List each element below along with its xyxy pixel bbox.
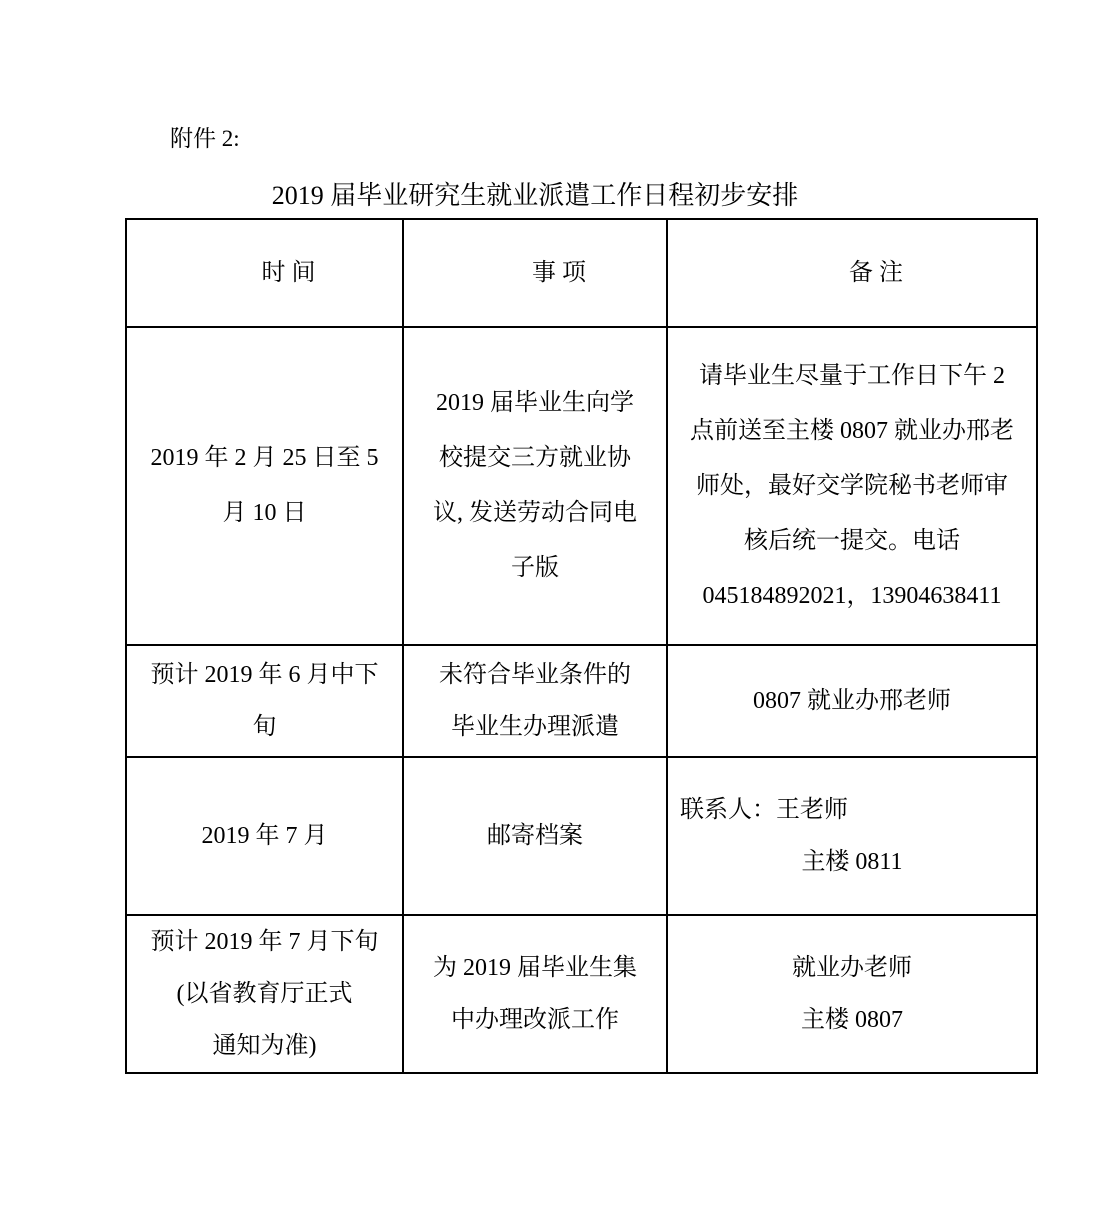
table-row: 2019 年 2 月 25 日至 5 月 10 日 2019 届毕业生向学 校提… bbox=[126, 327, 1037, 645]
cell-row2-note: 0807 就业办邢老师 bbox=[667, 645, 1037, 757]
cell-row4-time: 预计 2019 年 7 月下旬 (以省教育厅正式 通知为准) bbox=[126, 915, 403, 1073]
cell-row2-time: 预计 2019 年 6 月中下 旬 bbox=[126, 645, 403, 757]
contact-location-line: 主楼 0811 bbox=[668, 836, 1036, 888]
document-title: 2019 届毕业研究生就业派遣工作日程初步安排 bbox=[0, 179, 1070, 213]
table-row: 2019 年 7 月 邮寄档案 联系人：王老师 主楼 0811 bbox=[126, 757, 1037, 915]
cell-text: 预计 2019 年 7 月下旬 (以省教育厅正式 通知为准) bbox=[127, 916, 402, 1072]
contact-person-line: 联系人：王老师 bbox=[668, 784, 1036, 836]
schedule-table: 时 间 事 项 备 注 2019 年 2 月 25 日至 5 月 10 日 20… bbox=[125, 218, 1038, 1074]
column-header-time-label: 时 间 bbox=[262, 260, 316, 286]
cell-text: 就业办老师 主楼 0807 bbox=[668, 942, 1036, 1046]
attachment-label: 附件 2: bbox=[170, 124, 240, 154]
cell-text: 2019 年 7 月 bbox=[127, 810, 402, 862]
table-header-row: 时 间 事 项 备 注 bbox=[126, 219, 1037, 327]
column-header-note: 备 注 bbox=[667, 219, 1037, 327]
cell-text: 未符合毕业条件的 毕业生办理派遣 bbox=[404, 649, 666, 753]
column-header-note-label: 备 注 bbox=[849, 260, 903, 286]
table-row: 预计 2019 年 7 月下旬 (以省教育厅正式 通知为准) 为 2019 届毕… bbox=[126, 915, 1037, 1073]
table-row: 预计 2019 年 6 月中下 旬 未符合毕业条件的 毕业生办理派遣 0807 … bbox=[126, 645, 1037, 757]
column-header-time: 时 间 bbox=[126, 219, 403, 327]
document-page: { "page": { "attachment_label": "附件 2:",… bbox=[0, 0, 1118, 1213]
cell-text: 2019 届毕业生向学 校提交三方就业协 议, 发送劳动合同电 子版 bbox=[404, 376, 666, 596]
cell-row1-note: 请毕业生尽量于工作日下午 2 点前送至主楼 0807 就业办邢老 师处，最好交学… bbox=[667, 327, 1037, 645]
column-header-matter: 事 项 bbox=[403, 219, 667, 327]
cell-row4-note: 就业办老师 主楼 0807 bbox=[667, 915, 1037, 1073]
cell-text: 预计 2019 年 6 月中下 旬 bbox=[127, 649, 402, 753]
cell-text: 请毕业生尽量于工作日下午 2 点前送至主楼 0807 就业办邢老 师处，最好交学… bbox=[668, 349, 1036, 624]
cell-row1-matter: 2019 届毕业生向学 校提交三方就业协 议, 发送劳动合同电 子版 bbox=[403, 327, 667, 645]
cell-text: 2019 年 2 月 25 日至 5 月 10 日 bbox=[127, 431, 402, 541]
cell-text: 为 2019 届毕业生集 中办理改派工作 bbox=[404, 942, 666, 1046]
cell-row3-matter: 邮寄档案 bbox=[403, 757, 667, 915]
cell-row1-time: 2019 年 2 月 25 日至 5 月 10 日 bbox=[126, 327, 403, 645]
cell-row4-matter: 为 2019 届毕业生集 中办理改派工作 bbox=[403, 915, 667, 1073]
cell-row3-note: 联系人：王老师 主楼 0811 bbox=[667, 757, 1037, 915]
cell-row3-time: 2019 年 7 月 bbox=[126, 757, 403, 915]
cell-text: 邮寄档案 bbox=[404, 810, 666, 862]
column-header-matter-label: 事 项 bbox=[532, 260, 586, 286]
cell-text: 0807 就业办邢老师 bbox=[668, 675, 1036, 727]
cell-row2-matter: 未符合毕业条件的 毕业生办理派遣 bbox=[403, 645, 667, 757]
